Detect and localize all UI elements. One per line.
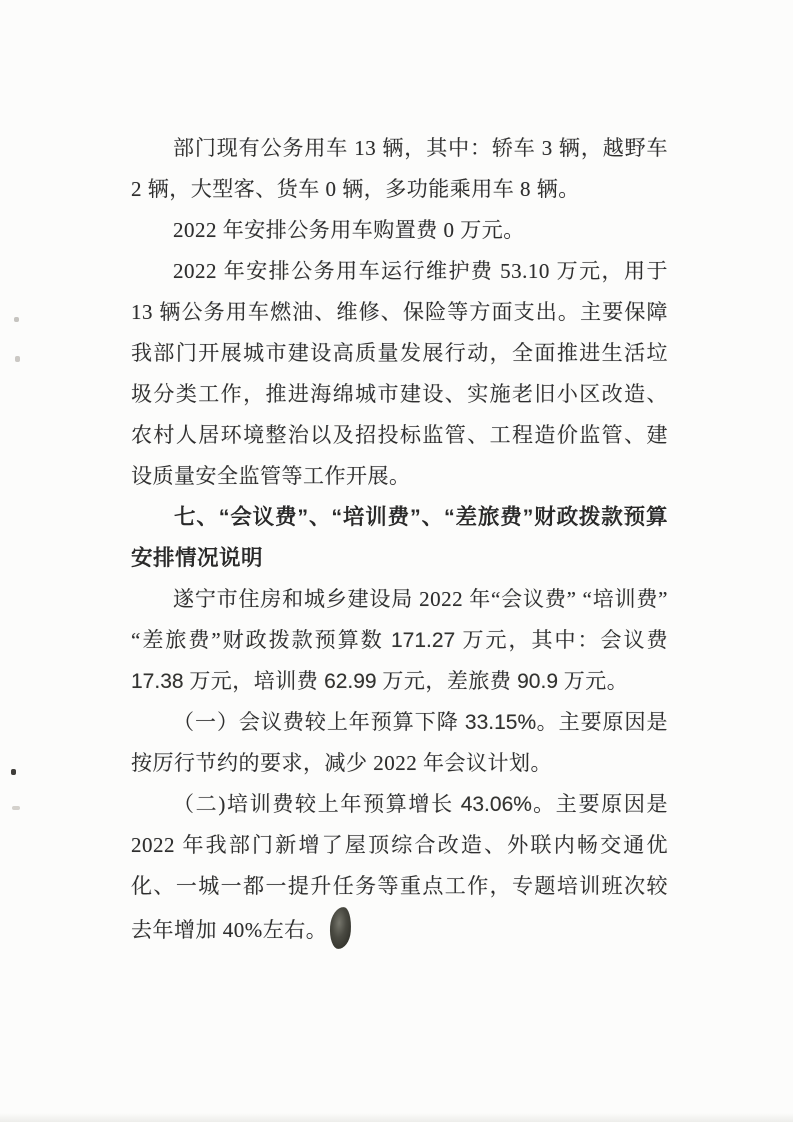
training-fee-increase-percent: 43.06% xyxy=(461,793,532,816)
text-run: （一）会议费较上年预算下降 xyxy=(173,710,465,734)
paragraph-vehicle-operation-fee: 2022 年安排公务用车运行维护费 53.10 万元，用于 13 辆公务用车燃油… xyxy=(131,251,668,497)
budget-total-amount: 171.27 xyxy=(391,629,455,652)
meeting-fee-amount: 17.38 xyxy=(131,670,184,693)
text-run: 万元。 xyxy=(558,669,628,693)
ink-smudge-mark xyxy=(329,906,353,949)
training-fee-amount: 62.99 xyxy=(324,670,377,693)
text-run: 万元，差旅费 xyxy=(377,669,518,693)
meeting-fee-decrease-percent: 33.15% xyxy=(465,711,536,734)
travel-fee-amount: 90.9 xyxy=(517,670,558,693)
page-bottom-scan-edge xyxy=(0,1113,793,1122)
text-run: 万元，其中：会议费 xyxy=(455,628,668,652)
paragraph-meeting-fee-change: （一）会议费较上年预算下降 33.15%。主要原因是按厉行节约的要求，减少 20… xyxy=(131,702,668,784)
section-heading-text: 七、“会议费”、“培训费”、“差旅费”财政拨款预算安排情况说明 xyxy=(131,505,668,570)
scanned-document-page: 部门现有公务用车 13 辆，其中：轿车 3 辆，越野车 2 辆，大型客、货车 0… xyxy=(0,0,793,1122)
text-run: 2022 年安排公务用车购置费 0 万元。 xyxy=(173,218,525,242)
scan-speck xyxy=(12,806,20,810)
paragraph-budget-total: 遂宁市住房和城乡建设局 2022 年“会议费” “培训费” “差旅费”财政拨款预… xyxy=(131,579,668,702)
text-run: 万元，培训费 xyxy=(184,669,325,693)
paragraph-vehicle-fleet: 部门现有公务用车 13 辆，其中：轿车 3 辆，越野车 2 辆，大型客、货车 0… xyxy=(131,128,668,210)
paragraph-training-fee-change: （二)培训费较上年预算增长 43.06%。主要原因是 2022 年我部门新增了屋… xyxy=(131,784,668,951)
scan-speck xyxy=(11,769,16,775)
text-run: （二)培训费较上年预算增长 xyxy=(173,792,461,816)
scan-speck xyxy=(15,356,20,362)
section-heading: 七、“会议费”、“培训费”、“差旅费”财政拨款预算安排情况说明 xyxy=(131,497,668,579)
scan-speck xyxy=(14,317,19,322)
text-run: 2022 年安排公务用车运行维护费 53.10 万元，用于 13 辆公务用车燃油… xyxy=(131,259,668,488)
document-content: 部门现有公务用车 13 辆，其中：轿车 3 辆，越野车 2 辆，大型客、货车 0… xyxy=(131,128,668,951)
paragraph-vehicle-purchase-fee: 2022 年安排公务用车购置费 0 万元。 xyxy=(131,210,668,251)
text-run: 部门现有公务用车 13 辆，其中：轿车 3 辆，越野车 2 辆，大型客、货车 0… xyxy=(131,136,668,201)
